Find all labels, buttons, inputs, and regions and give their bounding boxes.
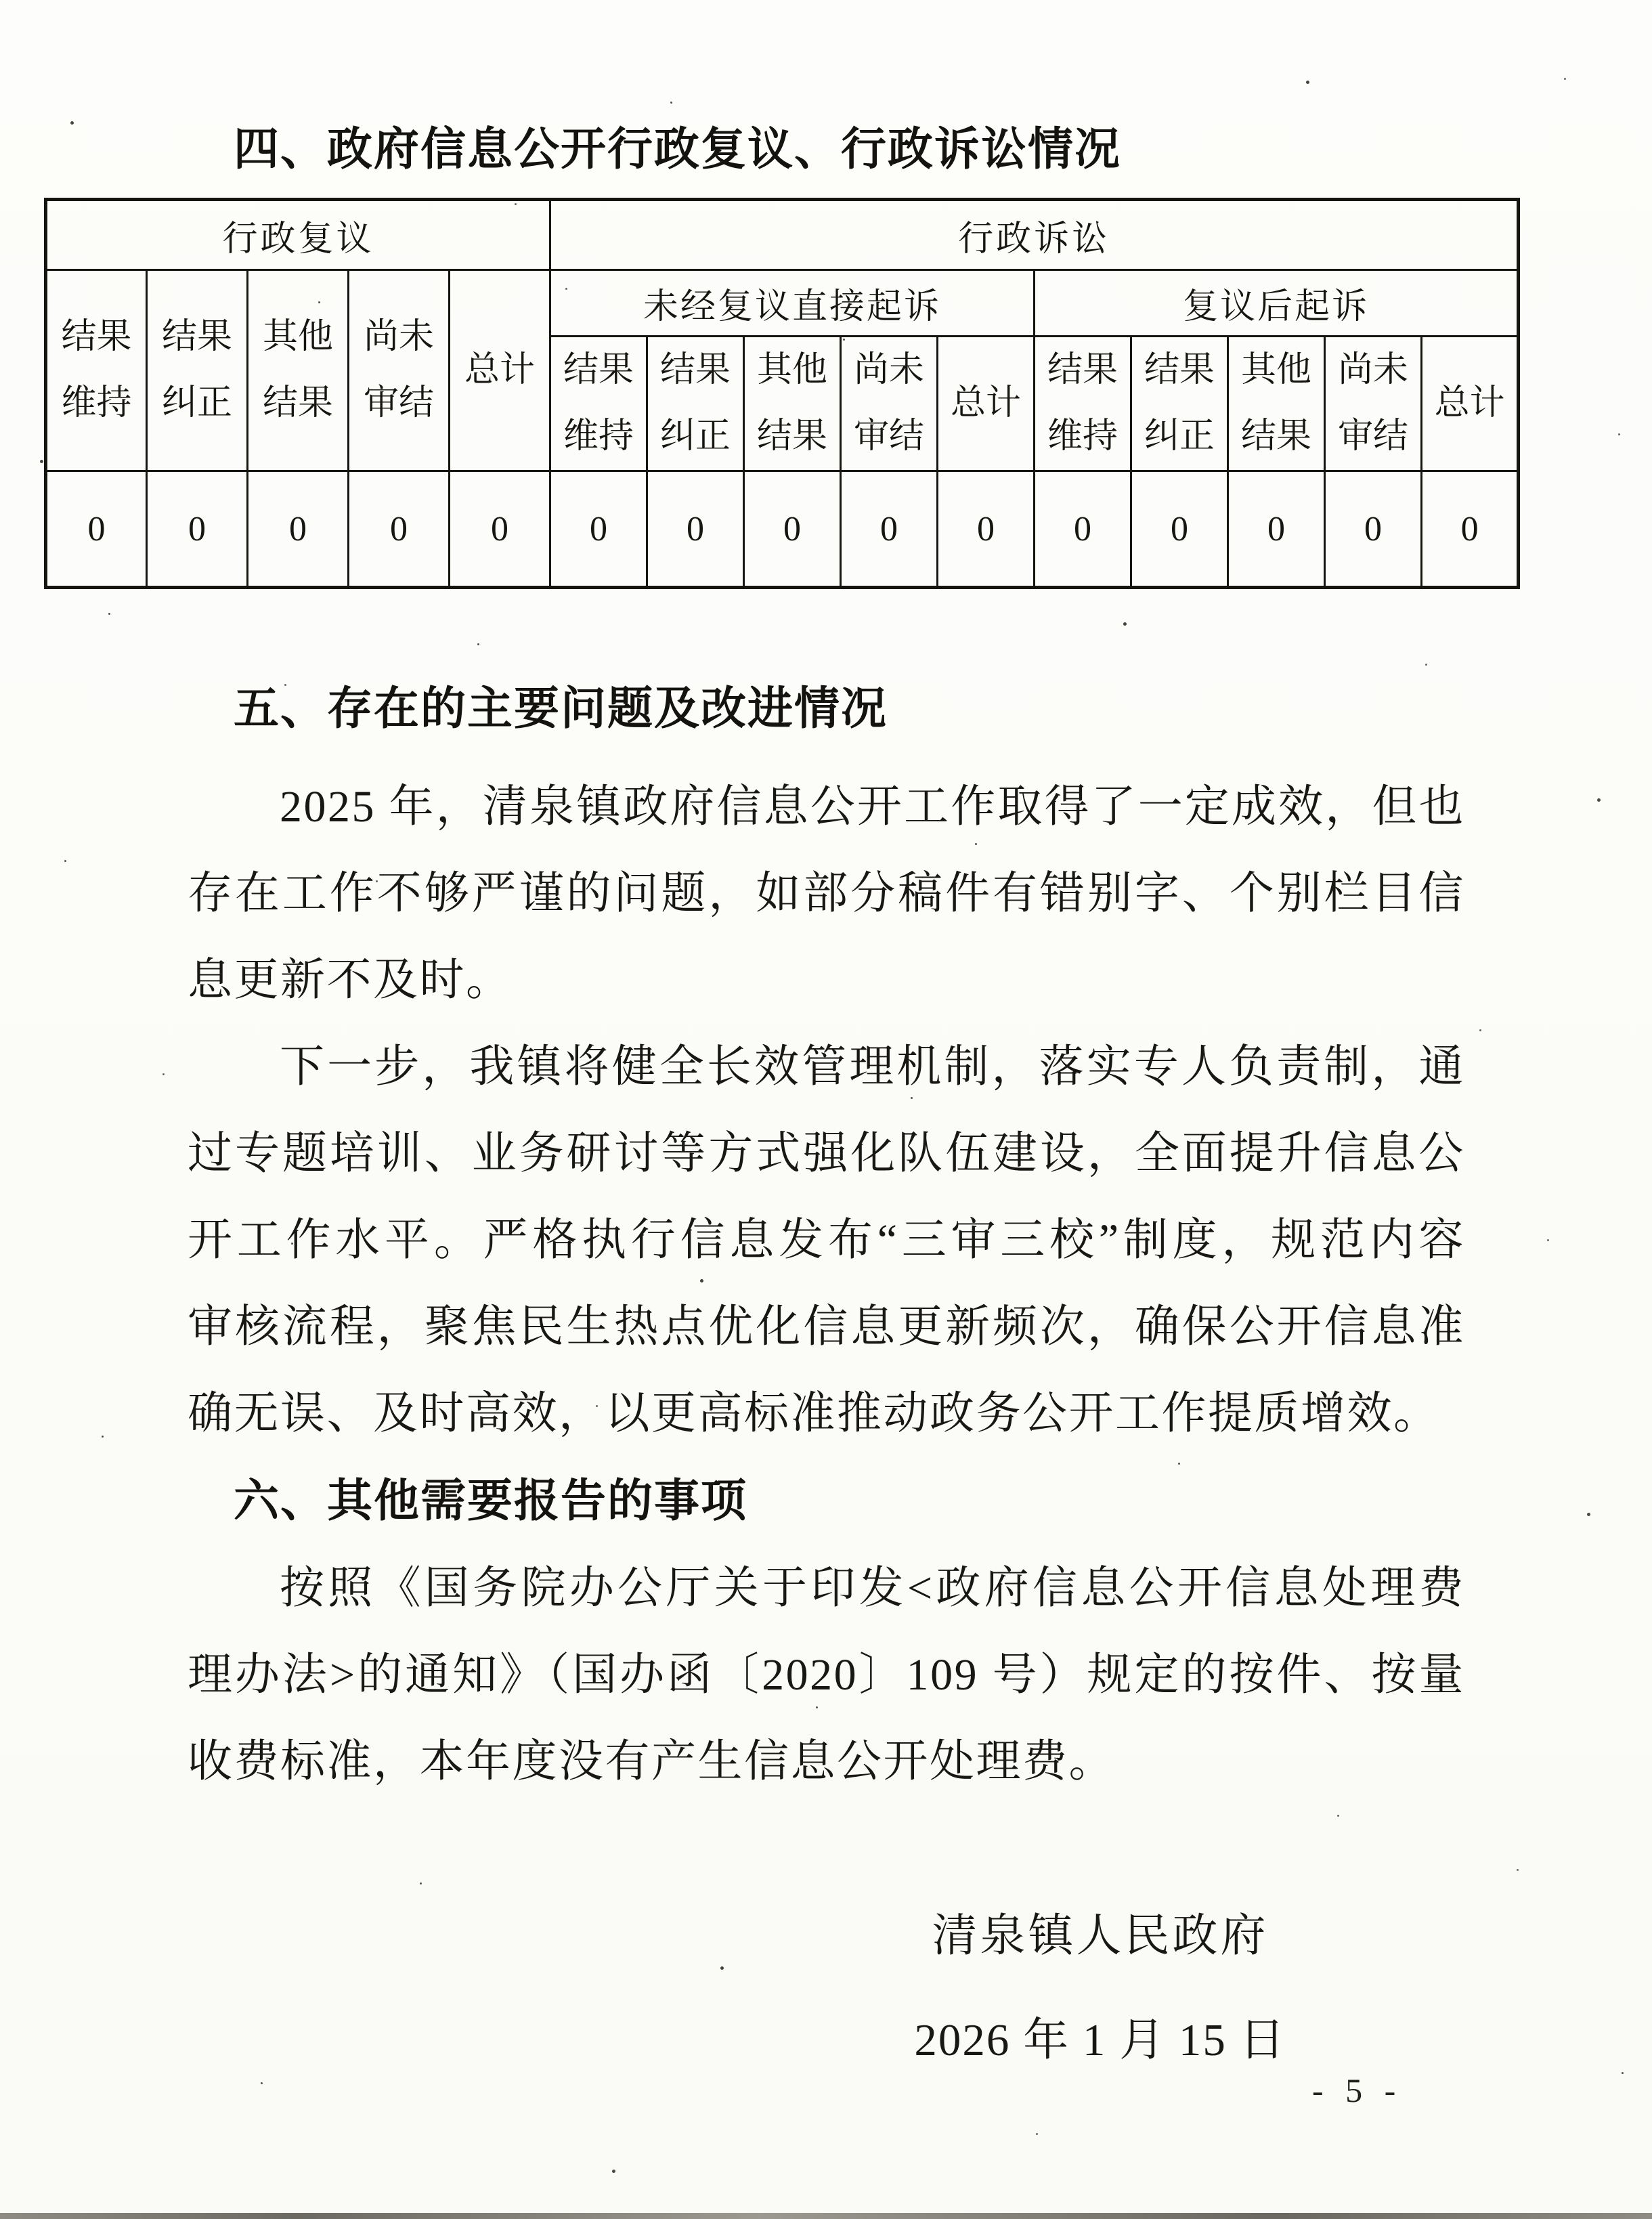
paragraph-line: 理办法>的通知》（国办函〔2020〕109 号）规定的按件、按量 [188, 1632, 1465, 1719]
table-value: 0 [1228, 471, 1325, 588]
table-value: 0 [841, 471, 938, 588]
review-col-maintain: 结果 维持 [46, 270, 147, 471]
review-col-correct: 结果 纠正 [147, 270, 248, 471]
table-value: 0 [647, 471, 744, 588]
review-group-header: 行政复议 [46, 200, 550, 270]
direct-col-maintain: 结果 维持 [550, 337, 647, 471]
post-review-suit-subgroup-header: 复议后起诉 [1035, 270, 1519, 337]
section6-body: 按照《国务院办公厅关于印发<政府信息公开信息处理费管 理办法>的通知》（国办函〔… [188, 1545, 1465, 1805]
table-value: 0 [1131, 471, 1228, 588]
paragraph-line: 下一步，我镇将健全长效管理机制，落实专人负责制，通 [188, 1024, 1465, 1111]
post-col-total: 总计 [1422, 337, 1519, 471]
paragraph-line: 过专题培训、业务研讨等方式强化队伍建设，全面提升信息公 [188, 1111, 1465, 1197]
post-col-correct: 结果 纠正 [1131, 337, 1228, 471]
table-value: 0 [938, 471, 1035, 588]
direct-suit-subgroup-header: 未经复议直接起诉 [550, 270, 1035, 337]
table-value: 0 [1325, 471, 1422, 588]
post-col-pending: 尚未 审结 [1325, 337, 1422, 471]
paragraph-line: 存在工作不够严谨的问题，如部分稿件有错别字、个别栏目信 [188, 850, 1465, 937]
direct-col-pending: 尚未 审结 [841, 337, 938, 471]
signature-block: 清泉镇人民政府 2026 年 1 月 15 日 [779, 1892, 1422, 2084]
review-col-pending: 尚未 审结 [349, 270, 450, 471]
paragraph-line: 收费标准，本年度没有产生信息公开处理费。 [188, 1719, 1465, 1805]
paragraph-line: 2025 年，清泉镇政府信息公开工作取得了一定成效，但也 [188, 764, 1465, 850]
table-value: 0 [349, 471, 450, 588]
direct-col-other: 其他 结果 [744, 337, 841, 471]
table-value: 0 [1422, 471, 1519, 588]
table-value: 0 [1035, 471, 1131, 588]
page-number: - 5 - [1312, 2071, 1402, 2110]
paragraph-line: 审核流程，聚焦民生热点优化信息更新频次，确保公开信息准 [188, 1284, 1465, 1371]
table-value: 0 [46, 471, 147, 588]
litigation-group-header: 行政诉讼 [550, 200, 1519, 270]
post-col-maintain: 结果 维持 [1035, 337, 1131, 471]
section4-title: 四、政府信息公开行政复议、行政诉讼情况 [234, 121, 1652, 179]
admin-review-litigation-table: 行政复议 行政诉讼 结果 维持 结果 纠正 其他 结果 尚未 审结 总计 未经复… [44, 198, 1520, 589]
scanned-report-page: 四、政府信息公开行政复议、行政诉讼情况 行政复议 行政诉讼 结果 维持 结果 纠… [0, 0, 1652, 2219]
scan-edge-artifact [0, 2213, 1652, 2219]
table-value: 0 [550, 471, 647, 588]
table-value: 0 [744, 471, 841, 588]
paragraph-line: 息更新不及时。 [188, 937, 1465, 1024]
paragraph-line: 确无误、及时高效，以更高标准推动政务公开工作提质增效。 [188, 1371, 1465, 1457]
scan-speckles [0, 0, 2, 2]
review-col-other: 其他 结果 [248, 270, 349, 471]
review-col-total: 总计 [450, 270, 550, 471]
section5-body: 2025 年，清泉镇政府信息公开工作取得了一定成效，但也 存在工作不够严谨的问题… [188, 764, 1465, 1457]
paragraph-line: 开工作水平。严格执行信息发布“三审三校”制度，规范内容 [188, 1197, 1465, 1284]
post-col-other: 其他 结果 [1228, 337, 1325, 471]
paragraph-line: 按照《国务院办公厅关于印发<政府信息公开信息处理费管 [188, 1545, 1465, 1632]
table-value: 0 [450, 471, 550, 588]
table-value: 0 [248, 471, 349, 588]
direct-col-correct: 结果 纠正 [647, 337, 744, 471]
direct-col-total: 总计 [938, 337, 1035, 471]
section6-title: 六、其他需要报告的事项 [234, 1457, 1652, 1545]
table-value: 0 [147, 471, 248, 588]
section5-title: 五、存在的主要问题及改进情况 [234, 665, 1652, 753]
issuing-authority: 清泉镇人民政府 [779, 1892, 1422, 1980]
